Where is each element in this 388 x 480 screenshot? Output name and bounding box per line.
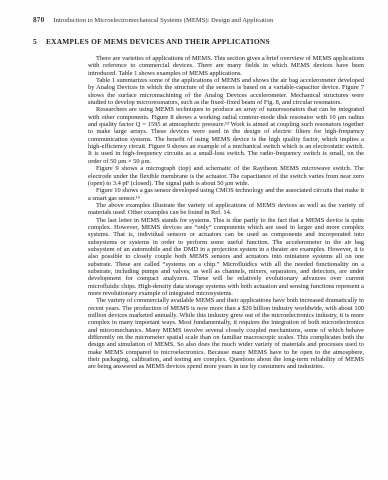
paragraph: Figure 10 shows a gas sensor developed u… — [88, 187, 364, 202]
paragraph: Researchers are using MEMS techniques to… — [88, 106, 364, 165]
body-text: There are varieties of applications of M… — [88, 55, 364, 371]
page-number: 870 — [33, 16, 44, 24]
running-title: Introduction to Microelectromechanical S… — [53, 17, 273, 24]
paragraph: There are varieties of applications of M… — [88, 55, 364, 77]
paragraph: The last letter in MEMS stands for syste… — [88, 217, 364, 298]
book-page: 870Introduction to Microelectromechanica… — [0, 0, 388, 480]
section-heading: 5EXAMPLES OF MEMS DEVICES AND THEIR APPL… — [33, 37, 368, 46]
paragraph: Figure 9 shows a micrograph (top) and sc… — [88, 165, 364, 187]
paragraph: The above examples illustrate the variet… — [88, 202, 364, 217]
paragraph: The variety of commercially available ME… — [88, 297, 364, 370]
paragraph: Table 1 summarizes some of the applicati… — [88, 77, 364, 106]
running-header: 870Introduction to Microelectromechanica… — [33, 16, 368, 25]
section-title: EXAMPLES OF MEMS DEVICES AND THEIR APPLI… — [46, 37, 270, 46]
section-number: 5 — [33, 37, 37, 46]
